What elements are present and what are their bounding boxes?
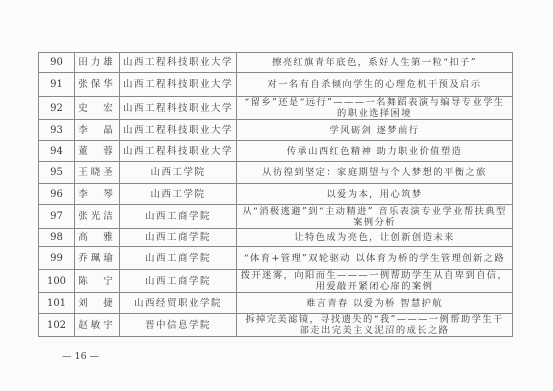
entry-number: 95 xyxy=(39,162,75,184)
school-name: 山西工程科技职业大学 xyxy=(120,53,237,73)
table-row: 100 陈 宁 山西工商学院 拨开迷雾，向阳而生———一例帮助学生从自卑到自信，… xyxy=(39,270,513,293)
school-name: 山西工商学院 xyxy=(120,247,237,270)
entry-number: 102 xyxy=(39,314,75,337)
case-title: 拨开迷雾，向阳而生———一例帮助学生从自卑到自信，用爱敲开紧闭心扉的案例 xyxy=(237,270,513,293)
entry-number: 99 xyxy=(39,247,75,270)
entry-number: 91 xyxy=(39,73,75,97)
school-name: 山西工学院 xyxy=(120,162,237,184)
entry-number: 98 xyxy=(39,229,75,247)
school-name: 山西经贸职业学院 xyxy=(120,293,237,314)
author-name: 高 雅 xyxy=(75,229,120,247)
author-name: 乔珮瑜 xyxy=(75,247,120,270)
author-name: 史 宏 xyxy=(75,97,120,120)
author-name: 赵敏宇 xyxy=(75,314,120,337)
school-name: 山西工商学院 xyxy=(120,229,237,247)
case-title: 擦亮红旗青年底色，系好人生第一粒“扣子” xyxy=(237,53,513,73)
entry-number: 92 xyxy=(39,97,75,120)
entry-number: 90 xyxy=(39,53,75,73)
table-row: 94 董 蓉 山西工程科技职业大学 传承山西红色精神 助力职业价值塑造 xyxy=(39,141,513,162)
page-number: — 16 — xyxy=(62,351,99,362)
entry-number: 97 xyxy=(39,205,75,229)
school-name: 晋中信息学院 xyxy=(120,314,237,337)
case-title: 传承山西红色精神 助力职业价值塑造 xyxy=(237,141,513,162)
table-row: 93 李 晶 山西工程科技职业大学 学风砺剑 逐梦前行 xyxy=(39,120,513,141)
table-row: 90 田力雄 山西工程科技职业大学 擦亮红旗青年底色，系好人生第一粒“扣子” xyxy=(39,53,513,73)
author-name: 张光洁 xyxy=(75,205,120,229)
table-row: 92 史 宏 山西工程科技职业大学 “留乡”还是“远行”———一名舞蹈表演与编导… xyxy=(39,97,513,120)
case-title: 从彷徨到坚定：家庭期望与个人梦想的平衡之旅 xyxy=(237,162,513,184)
table-row: 102 赵敏宇 晋中信息学院 拆掉完美滤镜，寻找遗失的“我”———一例帮助学生干… xyxy=(39,314,513,337)
entry-number: 100 xyxy=(39,270,75,293)
author-name: 董 蓉 xyxy=(75,141,120,162)
case-title: 以爱为本，用心筑梦 xyxy=(237,184,513,205)
author-name: 张保华 xyxy=(75,73,120,97)
table-body: 90 田力雄 山西工程科技职业大学 擦亮红旗青年底色，系好人生第一粒“扣子” 9… xyxy=(39,53,513,337)
table-row: 96 李 琴 山西工学院 以爱为本，用心筑梦 xyxy=(39,184,513,205)
author-name: 刘 捷 xyxy=(75,293,120,314)
table-row: 95 王晓圣 山西工学院 从彷徨到坚定：家庭期望与个人梦想的平衡之旅 xyxy=(39,162,513,184)
table-row: 99 乔珮瑜 山西工商学院 “体育+管理”双轮驱动 以体育为桥的学生管理创新之路 xyxy=(39,247,513,270)
document-page: 90 田力雄 山西工程科技职业大学 擦亮红旗青年底色，系好人生第一粒“扣子” 9… xyxy=(0,0,553,391)
case-title: “留乡”还是“远行”———一名舞蹈表演与编导专业学生的职业选择困境 xyxy=(237,97,513,120)
school-name: 山西工程科技职业大学 xyxy=(120,73,237,97)
author-name: 李 晶 xyxy=(75,120,120,141)
table-row: 101 刘 捷 山西经贸职业学院 难言青春 以爱为桥 智慧护航 xyxy=(39,293,513,314)
case-title: 难言青春 以爱为桥 智慧护航 xyxy=(237,293,513,314)
entry-number: 101 xyxy=(39,293,75,314)
entry-number: 94 xyxy=(39,141,75,162)
award-list-table: 90 田力雄 山西工程科技职业大学 擦亮红旗青年底色，系好人生第一粒“扣子” 9… xyxy=(38,52,513,337)
case-title: 学风砺剑 逐梦前行 xyxy=(237,120,513,141)
case-title: 从“消极逃避”到“主动精进” 音乐表演专业学业帮扶典型案例分析 xyxy=(237,205,513,229)
case-title: 拆掉完美滤镜，寻找遗失的“我”———一例帮助学生干部走出完美主义泥沼的成长之路 xyxy=(237,314,513,337)
table-row: 98 高 雅 山西工商学院 让特色成为亮色，让创新创造未来 xyxy=(39,229,513,247)
table-row: 97 张光洁 山西工商学院 从“消极逃避”到“主动精进” 音乐表演专业学业帮扶典… xyxy=(39,205,513,229)
entry-number: 96 xyxy=(39,184,75,205)
school-name: 山西工学院 xyxy=(120,184,237,205)
author-name: 王晓圣 xyxy=(75,162,120,184)
school-name: 山西工商学院 xyxy=(120,205,237,229)
entry-number: 93 xyxy=(39,120,75,141)
school-name: 山西工程科技职业大学 xyxy=(120,141,237,162)
case-title: 对一名有自杀倾向学生的心理危机干预及启示 xyxy=(237,73,513,97)
case-title: 让特色成为亮色，让创新创造未来 xyxy=(237,229,513,247)
school-name: 山西工商学院 xyxy=(120,270,237,293)
school-name: 山西工程科技职业大学 xyxy=(120,97,237,120)
table-row: 91 张保华 山西工程科技职业大学 对一名有自杀倾向学生的心理危机干预及启示 xyxy=(39,73,513,97)
school-name: 山西工程科技职业大学 xyxy=(120,120,237,141)
author-name: 陈 宁 xyxy=(75,270,120,293)
case-title: “体育+管理”双轮驱动 以体育为桥的学生管理创新之路 xyxy=(237,247,513,270)
author-name: 李 琴 xyxy=(75,184,120,205)
author-name: 田力雄 xyxy=(75,53,120,73)
